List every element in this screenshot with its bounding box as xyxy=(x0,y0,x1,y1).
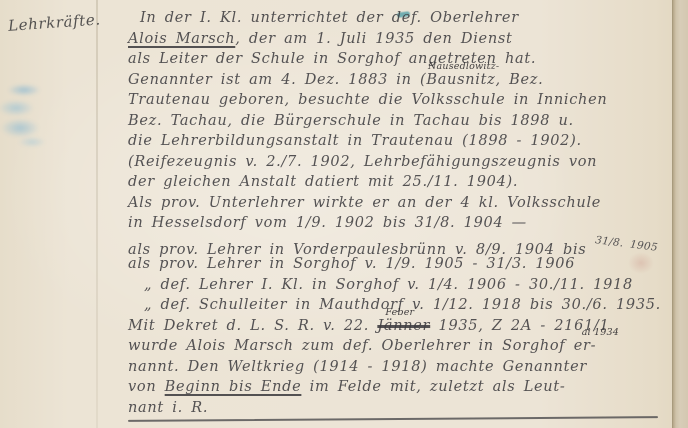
text-line: nannt. Den Weltkrieg (1914 - 1918) macht… xyxy=(128,357,680,378)
text-line: Alois Marsch, der am 1. Juli 1935 den Di… xyxy=(128,29,680,50)
text-line: In der I. Kl. unterrichtet der def. Ober… xyxy=(128,8,680,29)
text-line: die Lehrerbildungsanstalt in Trautenau (… xyxy=(128,131,680,152)
text-line: von Beginn bis Ende im Felde mit, zuletz… xyxy=(128,377,680,398)
text-segment: Als prov. Unterlehrer wirkte er an der 4… xyxy=(128,195,601,211)
interline-annotation: Feber xyxy=(385,308,414,318)
text-line: als Leiter der Schule in Sorghof angetre… xyxy=(128,49,680,70)
text-line: wurde Alois Marsch zum def. Oberlehrer i… xyxy=(128,336,680,357)
text-segment: als prov. Lehrer in Sorghof v. 1/9. 1905… xyxy=(128,256,575,272)
text-line: Genannter ist am 4. Dez. 1883 in (Bausni… xyxy=(128,70,680,91)
text-segment: der gleichen Anstalt datiert mit 25./11.… xyxy=(128,174,518,190)
text-segment: die Lehrerbildungsanstalt in Trautenau (… xyxy=(128,133,582,149)
annotated-segment: JännerFeber xyxy=(377,318,430,334)
page-scan: Lehrkräfte. In der I. Kl. unterrichtet d… xyxy=(0,0,688,428)
text-line: (Reifezeugnis v. 2./7. 1902, Lehrbefähig… xyxy=(128,152,680,173)
text-line: „ def. Lehrer I. Kl. in Sorghof v. 1/4. … xyxy=(128,275,680,296)
text-segment: Genannter ist am 4. Dez. 1883 in xyxy=(128,72,420,88)
text-segment: nant i. R. xyxy=(128,400,208,416)
superscript-segment: 31/8. 1905 xyxy=(594,230,659,258)
text-segment: Trautenau geboren, besuchte die Volkssch… xyxy=(128,92,607,108)
text-segment: nannt. Den Weltkrieg (1914 - 1918) macht… xyxy=(128,359,587,375)
text-segment: von xyxy=(128,379,165,395)
interline-annotation: Nausedlowitz- xyxy=(428,62,499,72)
text-line: nant i. R. xyxy=(128,398,680,419)
text-line: Bez. Tachau, die Bürgerschule in Tachau … xyxy=(128,111,680,132)
text-line: der gleichen Anstalt datiert mit 25./11.… xyxy=(128,172,680,193)
text-segment: wurde Alois Marsch zum def. Oberlehrer i… xyxy=(128,338,574,354)
text-segment: , der am 1. Juli 1935 den Dienst xyxy=(235,31,512,47)
text-line: Trautenau geboren, besuchte die Volkssch… xyxy=(128,90,680,111)
handwriting-block: In der I. Kl. unterrichtet der def. Ober… xyxy=(128,8,680,418)
text-line: als prov. Lehrer in Sorghof v. 1/9. 1905… xyxy=(128,254,680,275)
text-segment: im Felde mit, zuletzt als Leut- xyxy=(301,379,565,395)
text-segment: Bez. Tachau, die Bürgerschule in Tachau … xyxy=(128,113,574,129)
text-segment: (Reifezeugnis v. 2./7. 1902, Lehrbefähig… xyxy=(128,154,597,170)
text-segment: , Bez. xyxy=(495,72,543,88)
margin-note: Lehrkräfte. xyxy=(8,9,119,35)
text-segment: In der I. Kl. unterrichtet der def. Ober… xyxy=(140,10,519,26)
annotated-segment: er-ai 1934 xyxy=(574,338,597,354)
underlined-segment: Alois Marsch xyxy=(128,31,235,47)
text-line: Als prov. Unterlehrer wirkte er an der 4… xyxy=(128,193,680,214)
text-segment: in Hesselsdorf vom 1/9. 1902 bis 31/8. 1… xyxy=(128,215,527,231)
text-segment: Mit Dekret d. L. S. R. v. 22. xyxy=(128,318,377,334)
text-segment: „ def. Lehrer I. Kl. in Sorghof v. 1/4. … xyxy=(144,277,633,293)
text-line: als prov. Lehrer in Vorderpaulesbrünn v.… xyxy=(128,234,680,255)
blue-pencil-mark xyxy=(0,80,50,150)
annotated-segment: (BausnitzNausedlowitz- xyxy=(420,72,495,88)
underlined-segment: Beginn bis Ende xyxy=(165,379,302,395)
interline-annotation: ai 1934 xyxy=(582,328,619,338)
fold-crease xyxy=(96,0,98,428)
